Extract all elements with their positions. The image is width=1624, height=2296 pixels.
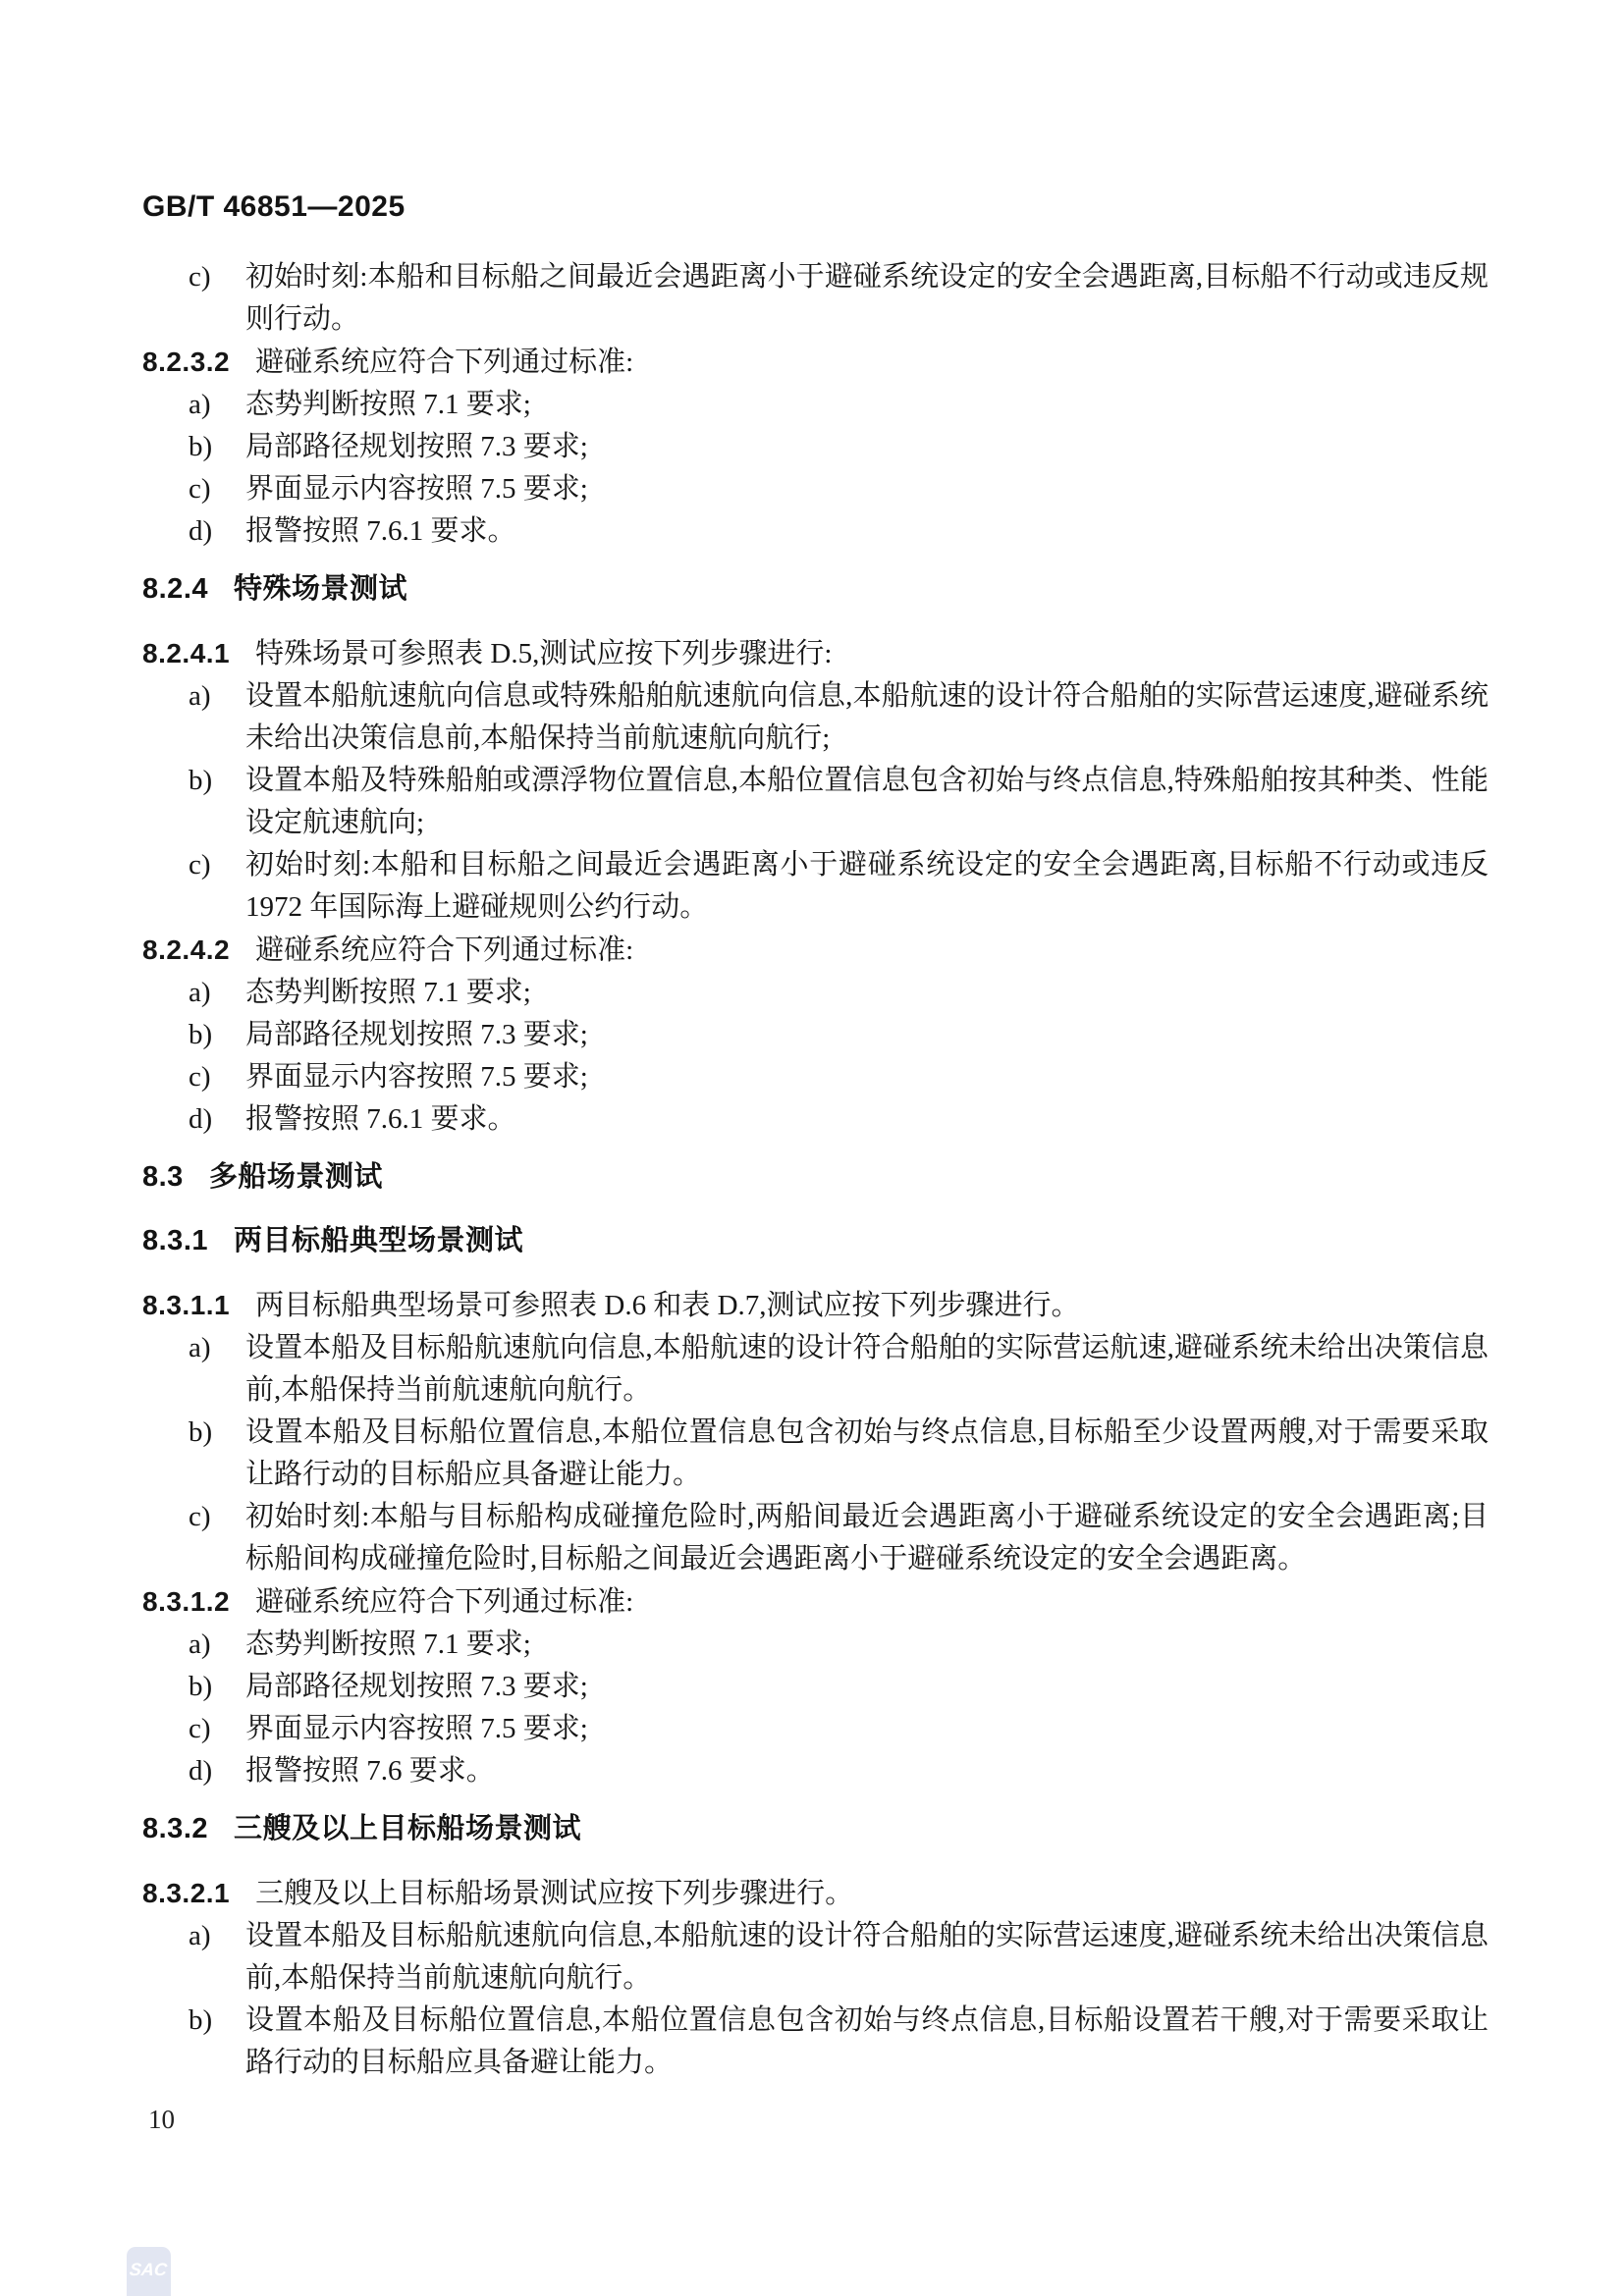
list-item: a)态势判断按照 7.1 要求; — [142, 972, 1489, 1014]
list-item: c)界面显示内容按照 7.5 要求; — [142, 468, 1489, 510]
clause-text: 特殊场景可参照表 D.5,测试应按下列步骤进行: — [255, 638, 832, 669]
list-item-text: 设置本船及目标船航速航向信息,本船航速的设计符合船舶的实际营运速度,避碰系统未给… — [245, 1920, 1489, 1994]
list-item-text: 界面显示内容按照 7.5 要求; — [245, 1713, 588, 1744]
list-item-letter: c) — [189, 1708, 211, 1750]
section-heading: 8.3多船场景测试 — [142, 1156, 1489, 1199]
list-item: c)初始时刻:本船和目标船之间最近会遇距离小于避碰系统设定的安全会遇距离,目标船… — [142, 256, 1489, 341]
heading-title: 多船场景测试 — [209, 1161, 383, 1193]
clause-paragraph: 8.2.4.2避碰系统应符合下列通过标准: — [142, 929, 1489, 972]
section-heading: 8.3.2三艘及以上目标船场景测试 — [142, 1808, 1489, 1850]
list-item-letter: a) — [189, 1327, 211, 1369]
clause-number: 8.2.3.2 — [142, 347, 230, 377]
list-item: c)界面显示内容按照 7.5 要求; — [142, 1056, 1489, 1098]
heading-number: 8.3 — [142, 1161, 184, 1193]
list-item-letter: c) — [189, 1056, 211, 1098]
list-item-text: 报警按照 7.6 要求。 — [245, 1755, 495, 1787]
list-item-letter: d) — [189, 1750, 212, 1792]
list-item-letter: c) — [189, 468, 211, 510]
list-item: b)局部路径规划按照 7.3 要求; — [142, 426, 1489, 468]
clause-text: 避碰系统应符合下列通过标准: — [255, 934, 633, 966]
list-item-text: 报警按照 7.6.1 要求。 — [245, 515, 516, 547]
clause-number: 8.2.4.2 — [142, 934, 230, 965]
clause-text: 三艘及以上目标船场景测试应按下列步骤进行。 — [255, 1878, 853, 1909]
sac-watermark-logo: SAC — [127, 2247, 171, 2296]
list-item-text: 设置本船及目标船航速航向信息,本船航速的设计符合船舶的实际营运航速,避碰系统未给… — [245, 1332, 1489, 1406]
list-item-letter: a) — [189, 1915, 211, 1957]
heading-title: 三艘及以上目标船场景测试 — [234, 1813, 581, 1844]
list-item: d)报警按照 7.6 要求。 — [142, 1750, 1489, 1792]
list-item-letter: b) — [189, 426, 212, 468]
heading-title: 特殊场景测试 — [234, 573, 407, 605]
list-item: b)局部路径规划按照 7.3 要求; — [142, 1014, 1489, 1056]
clause-text: 两目标船典型场景可参照表 D.6 和表 D.7,测试应按下列步骤进行。 — [255, 1290, 1079, 1321]
list-item-text: 界面显示内容按照 7.5 要求; — [245, 1061, 588, 1093]
list-item: c)初始时刻:本船与目标船构成碰撞危险时,两船间最近会遇距离小于避碰系统设定的安… — [142, 1496, 1489, 1580]
document-page: GB/T 46851—2025 c)初始时刻:本船和目标船之间最近会遇距离小于避… — [0, 0, 1624, 2296]
list-item-text: 初始时刻:本船和目标船之间最近会遇距离小于避碰系统设定的安全会遇距离,目标船不行… — [245, 849, 1489, 923]
list-item-letter: a) — [189, 675, 211, 718]
heading-title: 两目标船典型场景测试 — [234, 1225, 523, 1256]
clause-number: 8.2.4.1 — [142, 638, 230, 668]
list-item-text: 态势判断按照 7.1 要求; — [245, 389, 531, 420]
list-item-text: 设置本船及目标船位置信息,本船位置信息包含初始与终点信息,目标船设置若干艘,对于… — [245, 2004, 1489, 2078]
document-body: c)初始时刻:本船和目标船之间最近会遇距离小于避碰系统设定的安全会遇距离,目标船… — [142, 256, 1489, 2084]
list-item-text: 报警按照 7.6.1 要求。 — [245, 1103, 516, 1135]
section-heading: 8.3.1两目标船典型场景测试 — [142, 1220, 1489, 1262]
list-item: d)报警按照 7.6.1 要求。 — [142, 1098, 1489, 1141]
list-item-letter: d) — [189, 510, 212, 553]
clause-paragraph: 8.3.2.1三艘及以上目标船场景测试应按下列步骤进行。 — [142, 1872, 1489, 1915]
list-item-letter: a) — [189, 384, 211, 426]
list-item-letter: c) — [189, 256, 211, 298]
clause-paragraph: 8.3.1.1两目标船典型场景可参照表 D.6 和表 D.7,测试应按下列步骤进… — [142, 1284, 1489, 1327]
list-item-text: 初始时刻:本船与目标船构成碰撞危险时,两船间最近会遇距离小于避碰系统设定的安全会… — [245, 1501, 1489, 1575]
list-item: c)初始时刻:本船和目标船之间最近会遇距离小于避碰系统设定的安全会遇距离,目标船… — [142, 844, 1489, 929]
list-item-text: 局部路径规划按照 7.3 要求; — [245, 1671, 588, 1702]
sac-watermark-text: SAC — [129, 2260, 168, 2280]
standard-number: GB/T 46851—2025 — [142, 190, 406, 224]
list-item-text: 设置本船航速航向信息或特殊船舶航速航向信息,本船航速的设计符合船舶的实际营运速度… — [245, 680, 1489, 754]
list-item-letter: b) — [189, 760, 212, 802]
list-item-text: 局部路径规划按照 7.3 要求; — [245, 1019, 588, 1050]
heading-number: 8.2.4 — [142, 573, 208, 605]
list-item-text: 设置本船及特殊船舶或漂浮物位置信息,本船位置信息包含初始与终点信息,特殊船舶按其… — [245, 765, 1489, 838]
clause-paragraph: 8.3.1.2避碰系统应符合下列通过标准: — [142, 1580, 1489, 1624]
list-item: c)界面显示内容按照 7.5 要求; — [142, 1708, 1489, 1750]
list-item-letter: b) — [189, 1666, 212, 1708]
list-item: b)设置本船及目标船位置信息,本船位置信息包含初始与终点信息,目标船至少设置两艘… — [142, 1412, 1489, 1496]
clause-number: 8.3.1.1 — [142, 1290, 230, 1320]
list-item-letter: a) — [189, 972, 211, 1014]
list-item-text: 态势判断按照 7.1 要求; — [245, 977, 531, 1008]
list-item-text: 初始时刻:本船和目标船之间最近会遇距离小于避碰系统设定的安全会遇距离,目标船不行… — [245, 261, 1489, 335]
clause-text: 避碰系统应符合下列通过标准: — [255, 1586, 633, 1618]
list-item-letter: c) — [189, 1496, 211, 1538]
list-item-text: 局部路径规划按照 7.3 要求; — [245, 431, 588, 462]
heading-number: 8.3.2 — [142, 1813, 208, 1844]
list-item-letter: c) — [189, 844, 211, 886]
list-item: a)设置本船及目标船航速航向信息,本船航速的设计符合船舶的实际营运航速,避碰系统… — [142, 1327, 1489, 1412]
list-item-letter: d) — [189, 1098, 212, 1141]
page-number: 10 — [148, 2105, 175, 2135]
list-item-letter: b) — [189, 1412, 212, 1454]
heading-number: 8.3.1 — [142, 1225, 208, 1256]
list-item: a)设置本船及目标船航速航向信息,本船航速的设计符合船舶的实际营运速度,避碰系统… — [142, 1915, 1489, 2000]
clause-paragraph: 8.2.4.1特殊场景可参照表 D.5,测试应按下列步骤进行: — [142, 632, 1489, 675]
clause-number: 8.3.1.2 — [142, 1586, 230, 1617]
list-item: d)报警按照 7.6.1 要求。 — [142, 510, 1489, 553]
list-item-text: 态势判断按照 7.1 要求; — [245, 1629, 531, 1660]
clause-paragraph: 8.2.3.2避碰系统应符合下列通过标准: — [142, 341, 1489, 384]
list-item: a)态势判断按照 7.1 要求; — [142, 1624, 1489, 1666]
list-item: a)态势判断按照 7.1 要求; — [142, 384, 1489, 426]
list-item: b)设置本船及目标船位置信息,本船位置信息包含初始与终点信息,目标船设置若干艘,… — [142, 2000, 1489, 2084]
list-item: b)设置本船及特殊船舶或漂浮物位置信息,本船位置信息包含初始与终点信息,特殊船舶… — [142, 760, 1489, 844]
list-item-letter: a) — [189, 1624, 211, 1666]
list-item-text: 设置本船及目标船位置信息,本船位置信息包含初始与终点信息,目标船至少设置两艘,对… — [245, 1416, 1489, 1490]
clause-number: 8.3.2.1 — [142, 1878, 230, 1908]
list-item-text: 界面显示内容按照 7.5 要求; — [245, 473, 588, 505]
clause-text: 避碰系统应符合下列通过标准: — [255, 347, 633, 378]
list-item-letter: b) — [189, 2000, 212, 2042]
list-item: b)局部路径规划按照 7.3 要求; — [142, 1666, 1489, 1708]
list-item-letter: b) — [189, 1014, 212, 1056]
section-heading: 8.2.4特殊场景测试 — [142, 568, 1489, 611]
list-item: a)设置本船航速航向信息或特殊船舶航速航向信息,本船航速的设计符合船舶的实际营运… — [142, 675, 1489, 760]
